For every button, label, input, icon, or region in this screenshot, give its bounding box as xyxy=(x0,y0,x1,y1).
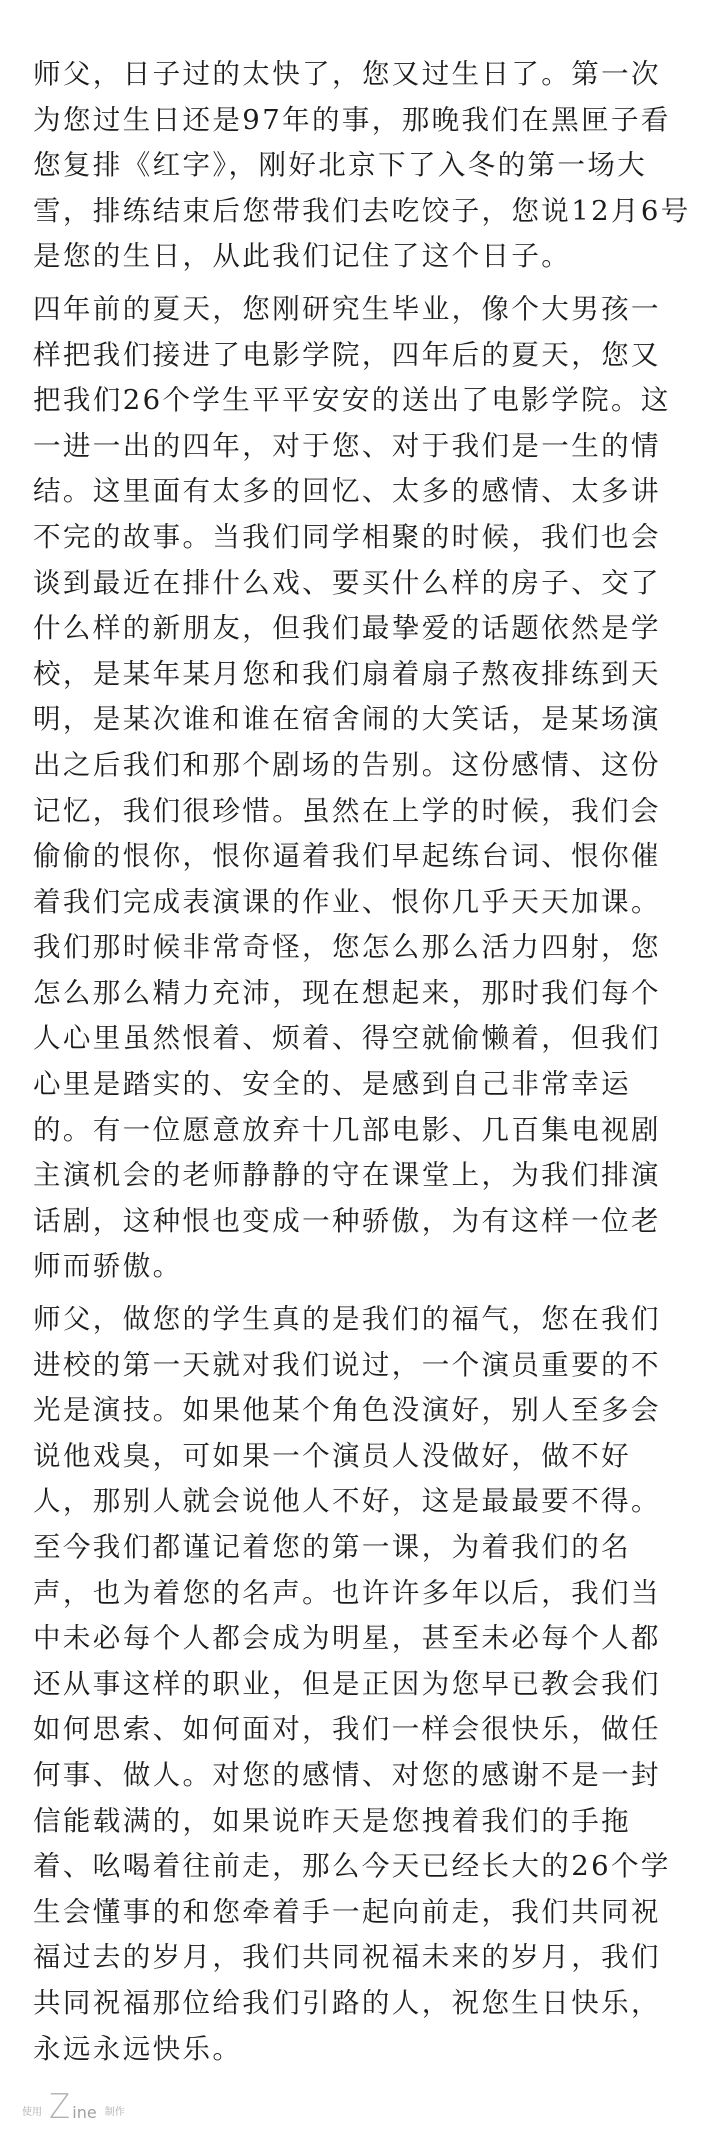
text-line: 把我们26个学生平平安安的送出了电影学院。这 xyxy=(33,378,678,424)
text-line: 的。有一位愿意放弃十几部电影、几百集电视剧 xyxy=(33,1108,678,1154)
zine-logo-z: Z xyxy=(49,2092,70,2122)
paragraph-3: 师父，做您的学生真的是我们的福气，您在我们 进校的第一天就对我们说过，一个演员重… xyxy=(33,1297,678,2072)
text-line: 谈到最近在排什么戏、要买什么样的房子、交了 xyxy=(33,561,678,607)
text-line: 永远永远快乐。 xyxy=(33,2027,678,2073)
zine-logo-text: ine xyxy=(72,2105,96,2121)
text-line: 共同祝福那位给我们引路的人，祝您生日快乐， xyxy=(33,1981,678,2027)
text-line: 主演机会的老师静静的守在课堂上，为我们排演 xyxy=(33,1153,678,1199)
text-line: 我们那时候非常奇怪，您怎么那么活力四射，您 xyxy=(33,925,678,971)
text-line: 记忆，我们很珍惜。虽然在上学的时候，我们会 xyxy=(33,789,678,835)
page: 师父，日子过的太快了，您又过生日了。第一次 为您过生日还是97年的事，那晚我们在… xyxy=(0,0,705,2129)
text-line: 声，也为着您的名声。也许许多年以后，我们当 xyxy=(33,1571,678,1617)
text-line: 不完的故事。当我们同学相聚的时候，我们也会 xyxy=(33,515,678,561)
footer-suffix: 制作 xyxy=(105,2107,125,2119)
text-line: 中未必每个人都会成为明星，甚至未必每个人都 xyxy=(33,1616,678,1662)
text-line: 雪，排练结束后您带我们去吃饺子，您说12月6号 xyxy=(33,189,678,235)
footer-prefix: 使用 xyxy=(22,2107,42,2119)
zine-logo-icon: Z ine xyxy=(48,2092,97,2122)
text-line: 为您过生日还是97年的事，那晚我们在黑匣子看 xyxy=(33,98,678,144)
text-line: 光是演技。如果他某个角色没演好，别人至多会 xyxy=(33,1388,678,1434)
text-line: 人，那别人就会说他人不好，这是最最要不得。 xyxy=(33,1479,678,1525)
text-line: 偷偷的恨你，恨你逼着我们早起练台词、恨你催 xyxy=(33,834,678,880)
text-line: 福过去的岁月，我们共同祝福未来的岁月，我们 xyxy=(33,1935,678,1981)
text-line: 着我们完成表演课的作业、恨你几乎天天加课。 xyxy=(33,880,678,926)
text-line: 着、吆喝着往前走，那么今天已经长大的26个学 xyxy=(33,1844,678,1890)
text-line: 生会懂事的和您牵着手一起向前走，我们共同祝 xyxy=(33,1890,678,1936)
paragraph-1: 师父，日子过的太快了，您又过生日了。第一次 为您过生日还是97年的事，那晚我们在… xyxy=(33,52,678,280)
letter-article: 师父，日子过的太快了，您又过生日了。第一次 为您过生日还是97年的事，那晚我们在… xyxy=(33,52,678,2072)
made-with-zine-footer: 使用 Z ine 制作 xyxy=(22,2088,125,2122)
text-line: 是您的生日，从此我们记住了这个日子。 xyxy=(33,234,678,280)
text-line: 结。这里面有太多的回忆、太多的感情、太多讲 xyxy=(33,469,678,515)
text-line: 信能载满的，如果说昨天是您拽着我们的手拖 xyxy=(33,1799,678,1845)
text-line: 如何思索、如何面对，我们一样会很快乐，做任 xyxy=(33,1707,678,1753)
text-line: 什么样的新朋友，但我们最挚爱的话题依然是学 xyxy=(33,606,678,652)
text-line: 校，是某年某月您和我们扇着扇子熬夜排练到天 xyxy=(33,652,678,698)
text-line: 心里是踏实的、安全的、是感到自己非常幸运 xyxy=(33,1062,678,1108)
paragraph-2: 四年前的夏天，您刚研究生毕业，像个大男孩一 样把我们接进了电影学院，四年后的夏天… xyxy=(33,287,678,1290)
text-line: 师而骄傲。 xyxy=(33,1244,678,1290)
text-line: 师父，日子过的太快了，您又过生日了。第一次 xyxy=(33,52,678,98)
text-line: 四年前的夏天，您刚研究生毕业，像个大男孩一 xyxy=(33,287,678,333)
text-line: 人心里虽然恨着、烦着、得空就偷懒着，但我们 xyxy=(33,1016,678,1062)
text-line: 话剧，这种恨也变成一种骄傲，为有这样一位老 xyxy=(33,1199,678,1245)
text-line: 一进一出的四年，对于您、对于我们是一生的情 xyxy=(33,424,678,470)
text-line: 至今我们都谨记着您的第一课，为着我们的名 xyxy=(33,1525,678,1571)
text-line: 何事、做人。对您的感情、对您的感谢不是一封 xyxy=(33,1753,678,1799)
text-line: 样把我们接进了电影学院，四年后的夏天，您又 xyxy=(33,333,678,379)
text-line: 明，是某次谁和谁在宿舍闹的大笑话，是某场演 xyxy=(33,697,678,743)
text-line: 出之后我们和那个剧场的告别。这份感情、这份 xyxy=(33,743,678,789)
text-line: 师父，做您的学生真的是我们的福气，您在我们 xyxy=(33,1297,678,1343)
text-line: 还从事这样的职业，但是正因为您早已教会我们 xyxy=(33,1662,678,1708)
text-line: 您复排《红字》，刚好北京下了入冬的第一场大 xyxy=(33,143,678,189)
text-line: 说他戏臭，可如果一个演员人没做好，做不好 xyxy=(33,1434,678,1480)
text-line: 进校的第一天就对我们说过，一个演员重要的不 xyxy=(33,1343,678,1389)
text-line: 怎么那么精力充沛，现在想起来，那时我们每个 xyxy=(33,971,678,1017)
